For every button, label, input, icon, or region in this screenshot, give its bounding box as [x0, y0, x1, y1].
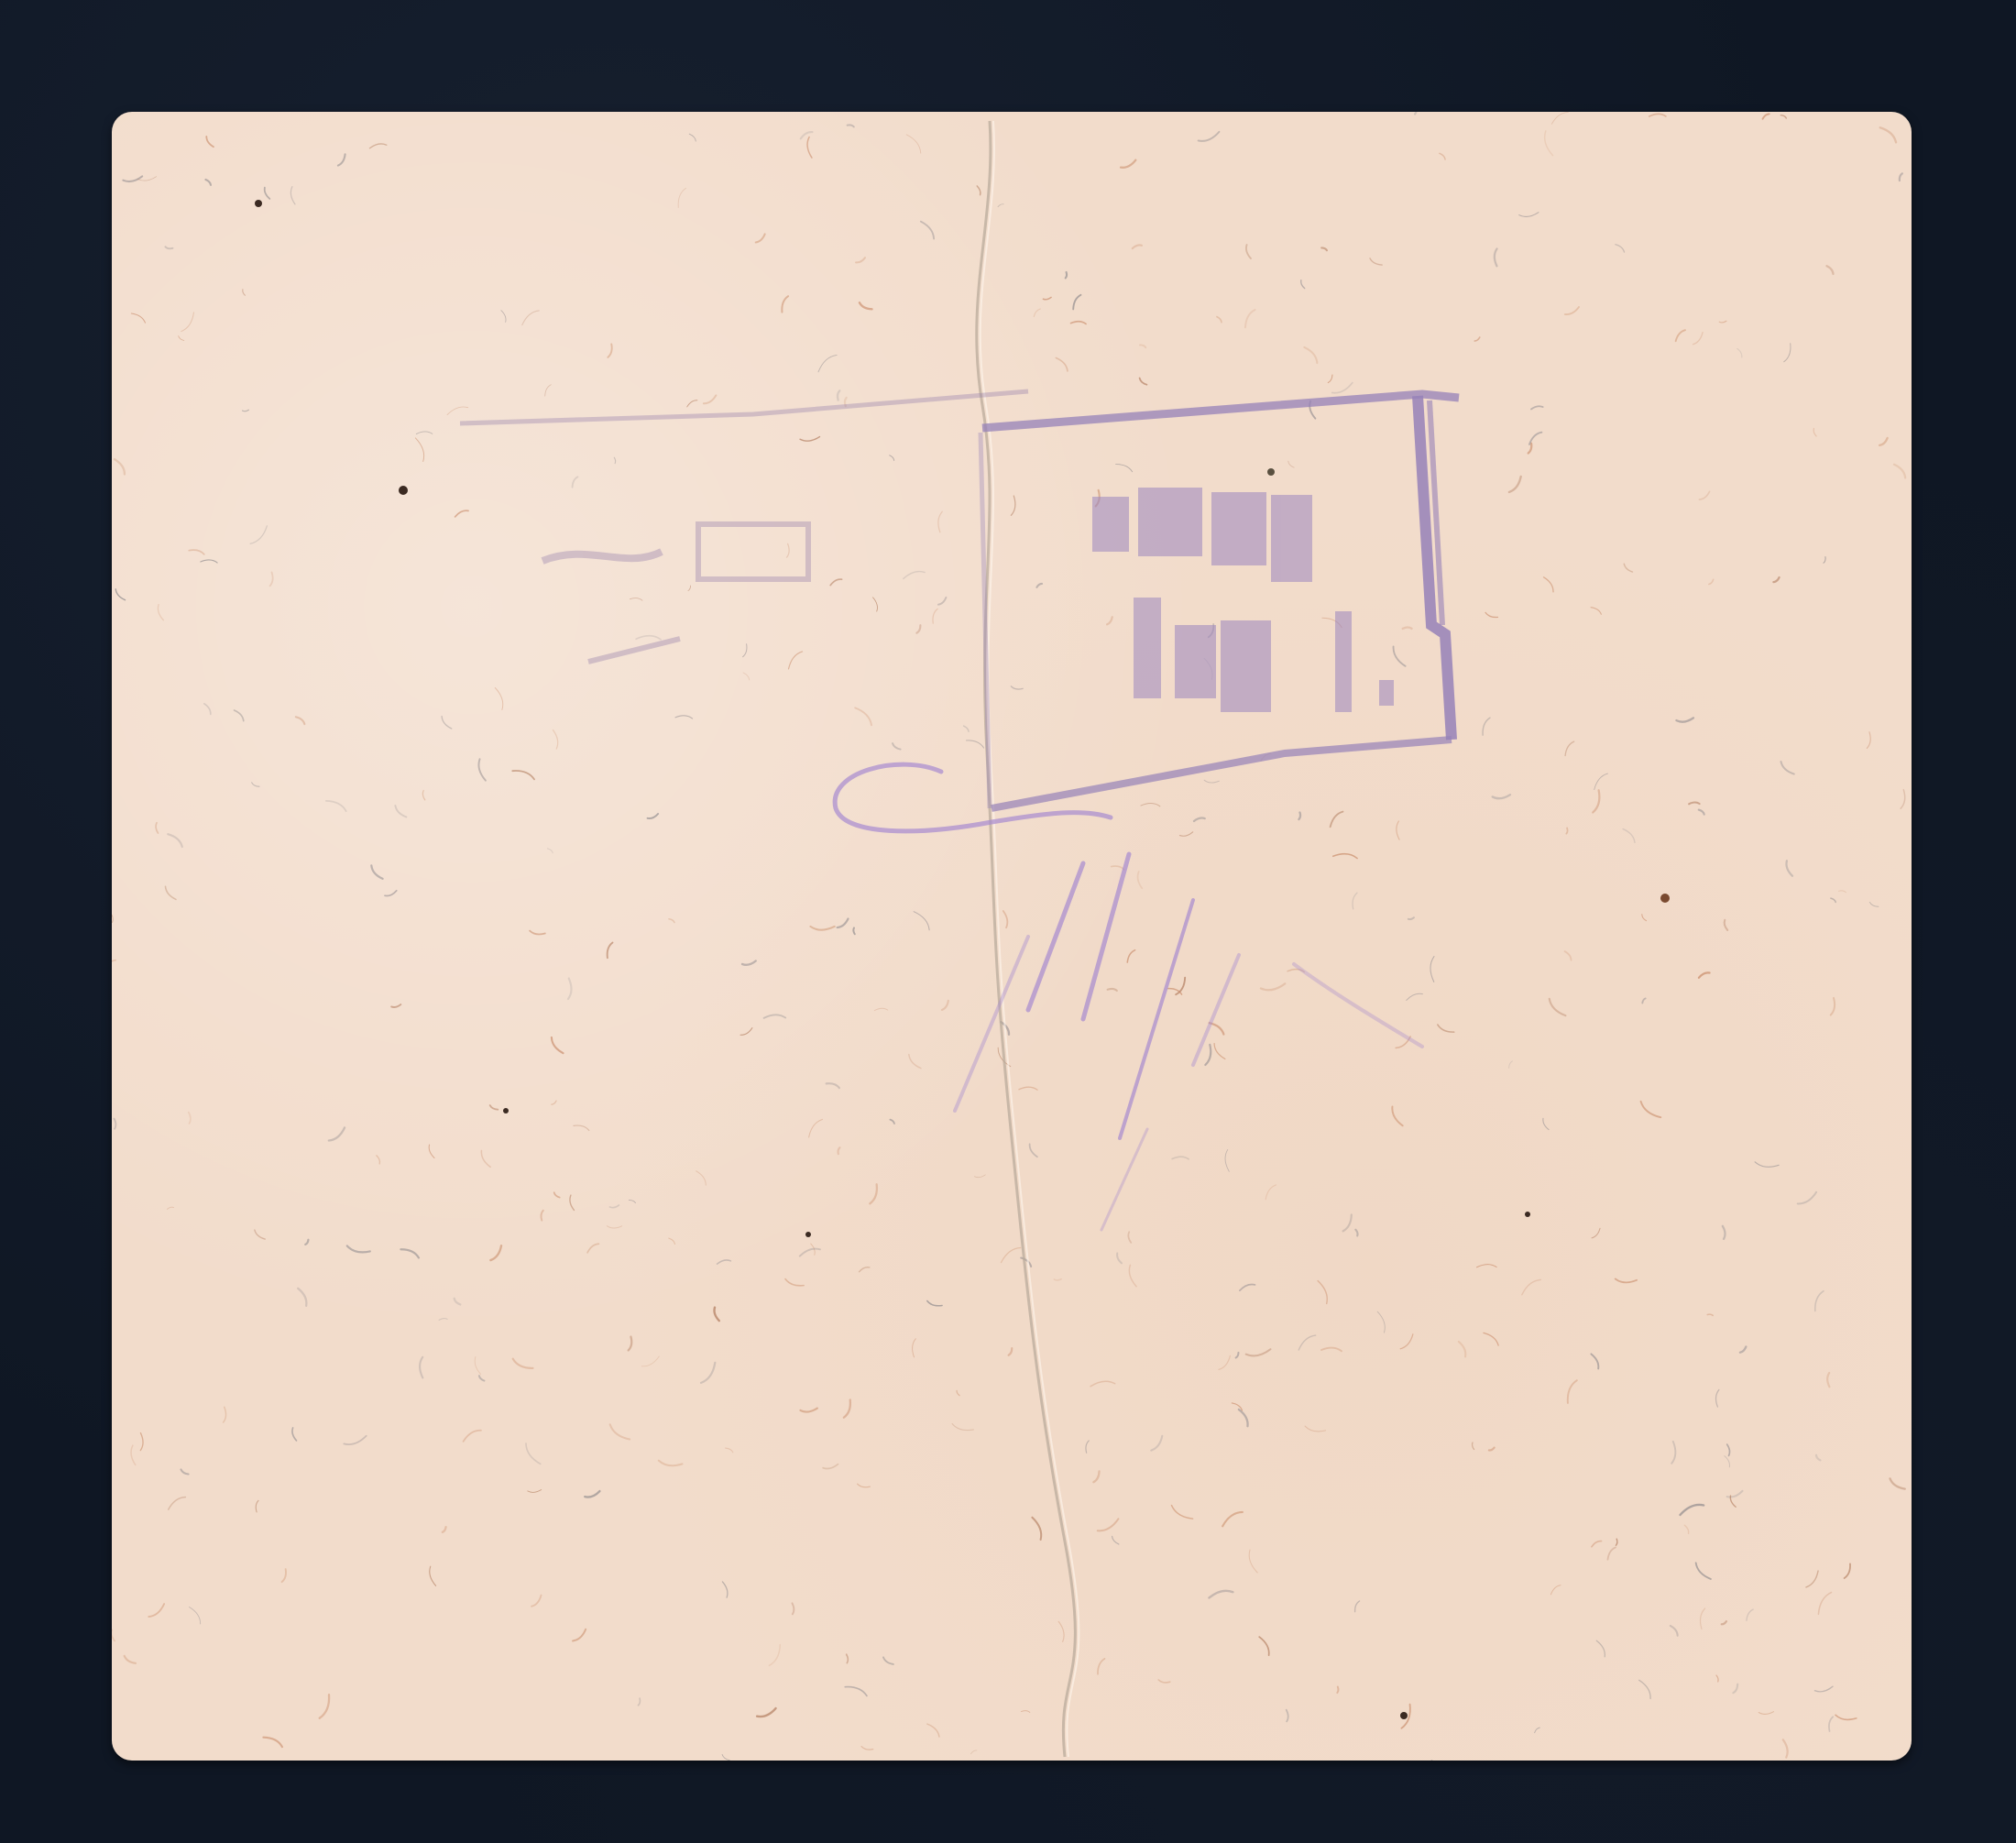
paper-card	[112, 112, 1912, 1761]
rubber-stamp	[981, 394, 1459, 808]
card-markings	[112, 112, 1912, 1761]
handwritten-signature	[835, 764, 1422, 1230]
faint-stamp-impression	[460, 391, 1028, 662]
paper-specks	[255, 200, 1670, 1719]
